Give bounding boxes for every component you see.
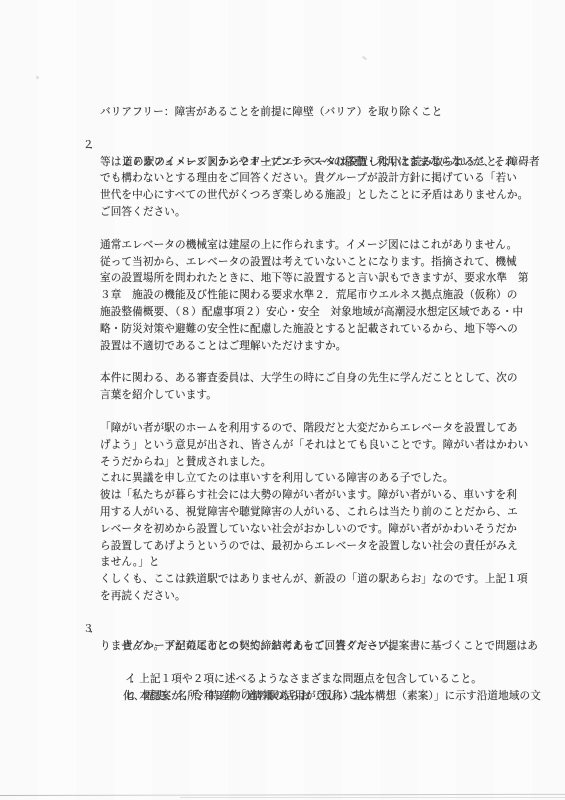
text-line: バリアフリー：障害があることを前提に障壁（バリア）を取り除くこと [100,105,510,122]
numbered-item-3: ３．貴グループが荒尾市との契約締結にあって、貴グループ提案書に基づくことで問題は… [100,622,510,706]
text-line: くしくも、ここは鉄道駅ではありませんが、新設の「道の駅あらお」なのです。上記１項 [100,572,510,589]
text-line: ３章 施設の機能及び性能に関わる要求水準２．荒尾市ウエルネス拠点施設（仮称）の [100,288,510,305]
text-line: 室の設置場所を問われたときに、地下等に設置すると言い訳もできますが、要求水準 第 [100,271,510,288]
text-line: げよう」という意見が出され、皆さんが「それはとても良いことです。障がい者はかわい [100,438,510,455]
text-line: 言葉を紹介しています。 [100,388,510,405]
text-line: でも構わないとする理由をご回答ください。貴グループが設計方針に掲げている「若い [100,171,510,188]
sub-item-ro: ロ．本提案が、令和２年「道の駅あらお（仮称）基本構想（素案）」に示す沿道地域の文 [103,672,510,689]
paragraph-reviewer-intro: 本件に関わる、ある審査委員は、大学生の時にご自身の先生に学んだこととして、次の … [100,371,510,405]
sub-item-i: イ．上記１項や２項に述べるようなさまざまな問題点を包含していること。 [103,655,510,672]
text-line: 彼は「私たちが暮らす社会には大勢の障がい者がいます。障がい者がいる、車いすを利 [100,488,510,505]
text-line: ら設置してあげようというのでは、最初からエレベータを設置しない社会の責任がみえ [100,539,510,556]
paragraph-anecdote: 「障がい者が駅のホームを利用するので、階段だと大変だからエレベータを設置してあ … [100,421,510,606]
scan-bottom-edge-shadow-secondary [180,797,565,798]
paragraph-barrier-free-note: バリアフリー：障害があることを前提に障壁（バリア）を取り除くこと [100,105,510,122]
scan-dot-artifact [36,76,39,79]
scan-smudge-artifact [362,56,367,61]
text-line: 施設整備概要、（８）配慮事項２）安心・安全 対象地域が高潮浸水想定区域である・中 [100,305,510,322]
text-line: 略・防災対策や避難の安全性に配慮した施設とすると記載されているから、地下等への [100,322,510,339]
text-line: りませんか。下記のことについて、お考えをご回答ください。 [100,639,510,656]
text-line: 通常エレベータの機械室は建屋の上に作られます。イメージ図にはこれがありません。 [100,238,510,255]
numbered-item-2: ２．道の駅のイメージ図から２Ｆ上にエレベータは設置しないと読み取られること。障碍… [100,138,510,222]
text-line: ２．道の駅のイメージ図から２Ｆ上にエレベータは設置しないと読み取られること。障碍… [100,138,510,155]
text-line: これに異議を申し立てたのは車いすを利用している障害のある子でした。 [100,471,510,488]
text-line: 等は２Ｆカフェ・レストランやオープンテラスへの移動・利用はままならないが、それ [100,155,510,172]
paragraph-machine-room: 通常エレベータの機械室は建屋の上に作られます。イメージ図にはこれがありません。 … [100,238,510,356]
text-line: 本件に関わる、ある審査委員は、大学生の時にご自身の先生に学んだこととして、次の [100,371,510,388]
text-line: 「障がい者が駅のホームを利用するので、階段だと大変だからエレベータを設置してあ [100,421,510,438]
scanned-document-page: バリアフリー：障害があることを前提に障壁（バリア）を取り除くこと ２．道の駅のイ… [0,0,565,800]
document-body: バリアフリー：障害があることを前提に障壁（バリア）を取り除くこと ２．道の駅のイ… [100,105,510,706]
text-line: 化、歴史、名所、特産物の情報の活用が乏しいこと。 [123,689,510,706]
text-line: ご回答ください。 [100,205,510,222]
text-line: 用する人がいる、視覚障害や聴覚障害の人がいる、これらは当たり前のことだから、エ [100,505,510,522]
text-line: 従って当初から、エレベータの設置は考えていないことになります。指摘されて、機械 [100,255,510,272]
item-2-number: ２． [83,138,100,155]
text-line: ３．貴グループが荒尾市との契約締結にあって、貴グループ提案書に基づくことで問題は… [100,622,510,639]
text-line: そうだからね」と賛成されました。 [100,455,510,472]
text-line: 設置は不適切であることはご理解いただけますか。 [100,339,510,356]
text-line: ません。」と [100,555,510,572]
text-line: を再読ください。 [100,589,510,606]
item-3-number: ３． [83,622,100,639]
scan-bottom-edge-shadow [0,794,565,796]
text-line: 世代を中心にすべての世代がくつろぎ楽しめる施設」としたことに矛盾はありませんか。 [100,188,510,205]
text-line: レベータを初めから設置していない社会がおかしいのです。障がい者がかわいそうだか [100,522,510,539]
